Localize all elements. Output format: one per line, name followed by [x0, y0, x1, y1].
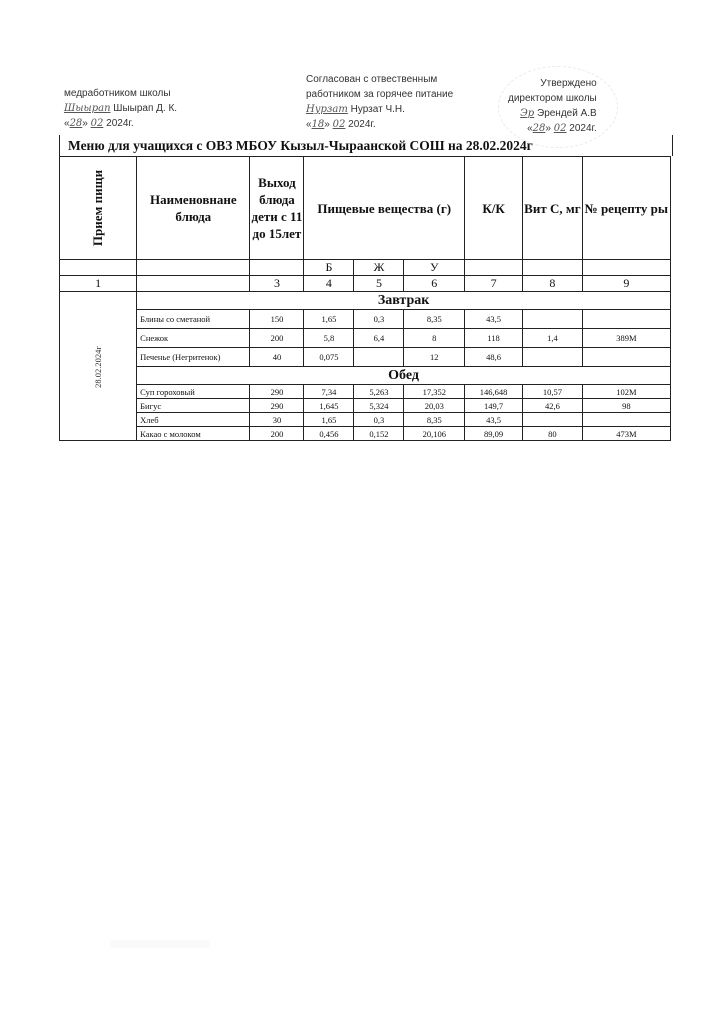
cell-vitc: 10,57: [523, 385, 583, 399]
cell-b: 0,456: [304, 427, 354, 441]
approval-director-line1: Утверждено: [508, 76, 597, 91]
cell-b: 5,8: [304, 329, 354, 348]
approval-director-name: Эрендей А.В: [537, 108, 597, 119]
column-number: 5: [354, 276, 404, 292]
header-dish: Наименовнане блюда: [137, 157, 250, 260]
cell-output: 200: [250, 329, 304, 348]
approval-hot-food-line1: Согласован с отвественным: [306, 72, 453, 87]
cell-recipe: 98: [582, 399, 670, 413]
cell-vitc: 1,4: [523, 329, 583, 348]
signature-hot-food: Нурзат: [306, 104, 348, 115]
column-number: 6: [404, 276, 465, 292]
cell-recipe: [582, 348, 670, 367]
cell-recipe: [582, 413, 670, 427]
approval-hot-food-year: 2024г.: [348, 119, 375, 130]
section-title: Обед: [137, 367, 671, 385]
cell-zh: 0,152: [354, 427, 404, 441]
header-row: Прием пищи Наименовнане блюда Выход блюд…: [60, 157, 671, 260]
table-row: Бигус2901,6455,32420,03149,742,698: [60, 399, 671, 413]
cell-vitc: [523, 348, 583, 367]
date-cell: 28.02.2024г: [60, 292, 137, 441]
cell-recipe: 473М: [582, 427, 670, 441]
cell-zh: 6,4: [354, 329, 404, 348]
approval-medic-year: 2024г.: [106, 118, 133, 129]
cell-vitc: 42,6: [523, 399, 583, 413]
cell-kcal: 149,7: [465, 399, 523, 413]
subheader-u: У: [404, 260, 465, 276]
table-row: Снежок2005,86,481181,4389М: [60, 329, 671, 348]
subheader-zh: Ж: [354, 260, 404, 276]
table-row: Хлеб301,650,38,3543,5: [60, 413, 671, 427]
approval-director-line2: директором школы: [508, 91, 597, 106]
approval-director-day: 28: [533, 123, 546, 134]
approval-hot-food-name: Нурзат Ч.Н.: [351, 104, 405, 115]
approval-hot-food-day: 18: [312, 119, 325, 130]
table-row: Печенье (Негритенок)400,0751248,6: [60, 348, 671, 367]
cell-recipe: [582, 310, 670, 329]
cell-output: 30: [250, 413, 304, 427]
column-number: 9: [582, 276, 670, 292]
cell-name: Суп гороховый: [137, 385, 250, 399]
cell-name: Бигус: [137, 399, 250, 413]
cell-output: 200: [250, 427, 304, 441]
column-number: [137, 276, 250, 292]
approval-hot-food: Согласован с отвественным работником за …: [306, 72, 453, 132]
cell-b: 1,65: [304, 413, 354, 427]
cell-kcal: 48,6: [465, 348, 523, 367]
header-recipe: № рецепту ры: [582, 157, 670, 260]
section-title: Завтрак: [137, 292, 671, 310]
cell-kcal: 118: [465, 329, 523, 348]
cell-zh: 5,324: [354, 399, 404, 413]
column-number: 3: [250, 276, 304, 292]
section-row: Обед: [60, 367, 671, 385]
cell-kcal: 43,5: [465, 413, 523, 427]
subheader-b: Б: [304, 260, 354, 276]
header-output: Выход блюда дети с 11 до 15лет: [250, 157, 304, 260]
cell-u: 20,106: [404, 427, 465, 441]
approval-director-year: 2024г.: [569, 123, 596, 134]
approval-medic-day: 28: [70, 118, 83, 129]
cell-zh: 5,263: [354, 385, 404, 399]
cell-vitc: [523, 310, 583, 329]
cell-b: 1,645: [304, 399, 354, 413]
cell-output: 150: [250, 310, 304, 329]
cell-zh: 0,3: [354, 413, 404, 427]
approval-hot-food-line2: работником за горячее питание: [306, 87, 453, 102]
approval-director: Утверждено директором школы Эр Эрендей А…: [508, 76, 597, 136]
subheader-row: Б Ж У: [60, 260, 671, 276]
cell-name: Печенье (Негритенок): [137, 348, 250, 367]
approval-medic: медработником школы Шыырап Шыырап Д. К. …: [64, 86, 177, 131]
approval-medic-name: Шыырап Д. К.: [113, 103, 177, 114]
cell-name: Блины со сметаной: [137, 310, 250, 329]
menu-document: Меню для учащихся с ОВЗ МБОУ Кызыл-Чыраа…: [59, 135, 671, 473]
approval-director-month: 02: [554, 123, 567, 134]
column-number: 4: [304, 276, 354, 292]
header-meal: Прием пищи: [60, 157, 137, 260]
table-row: Какао с молоком2000,4560,15220,10689,098…: [60, 427, 671, 441]
cell-u: 20,03: [404, 399, 465, 413]
table-row: Суп гороховый2907,345,26317,352146,64810…: [60, 385, 671, 399]
cell-name: Хлеб: [137, 413, 250, 427]
header-vitc: Вит С, мг: [523, 157, 583, 260]
cell-output: 290: [250, 385, 304, 399]
cell-recipe: 389М: [582, 329, 670, 348]
header-nutrients: Пищевые вещества (г): [304, 157, 465, 260]
approval-medic-month: 02: [91, 118, 104, 129]
title-row: Меню для учащихся с ОВЗ МБОУ Кызыл-Чыраа…: [59, 135, 673, 156]
cell-name: Какао с молоком: [137, 427, 250, 441]
approval-medic-role: медработником школы: [64, 86, 177, 101]
cell-u: 8: [404, 329, 465, 348]
cell-kcal: 43,5: [465, 310, 523, 329]
menu-table: Прием пищи Наименовнане блюда Выход блюд…: [59, 156, 671, 441]
scan-artifact: [110, 940, 210, 948]
cell-kcal: 89,09: [465, 427, 523, 441]
date-label: 28.02.2024г: [93, 346, 103, 388]
table-row: Блины со сметаной1501,650,38,3543,5: [60, 310, 671, 329]
document-title: Меню для учащихся с ОВЗ МБОУ Кызыл-Чыраа…: [68, 138, 533, 154]
section-row: 28.02.2024гЗавтрак: [60, 292, 671, 310]
cell-vitc: [523, 413, 583, 427]
cell-zh: 0,3: [354, 310, 404, 329]
cell-b: 7,34: [304, 385, 354, 399]
cell-b: 1,65: [304, 310, 354, 329]
cell-u: 17,352: [404, 385, 465, 399]
cell-u: 12: [404, 348, 465, 367]
cell-u: 8,35: [404, 413, 465, 427]
cell-recipe: 102М: [582, 385, 670, 399]
cell-kcal: 146,648: [465, 385, 523, 399]
column-number: 8: [523, 276, 583, 292]
signature-medic: Шыырап: [64, 103, 111, 114]
cell-output: 290: [250, 399, 304, 413]
cell-zh: [354, 348, 404, 367]
cell-b: 0,075: [304, 348, 354, 367]
cell-vitc: 80: [523, 427, 583, 441]
cell-u: 8,35: [404, 310, 465, 329]
cell-name: Снежок: [137, 329, 250, 348]
column-number-row: 13456789: [60, 276, 671, 292]
cell-output: 40: [250, 348, 304, 367]
header-kcal: К/К: [465, 157, 523, 260]
approval-hot-food-month: 02: [333, 119, 346, 130]
column-number: 1: [60, 276, 137, 292]
signature-director: Эр: [520, 108, 534, 119]
column-number: 7: [465, 276, 523, 292]
